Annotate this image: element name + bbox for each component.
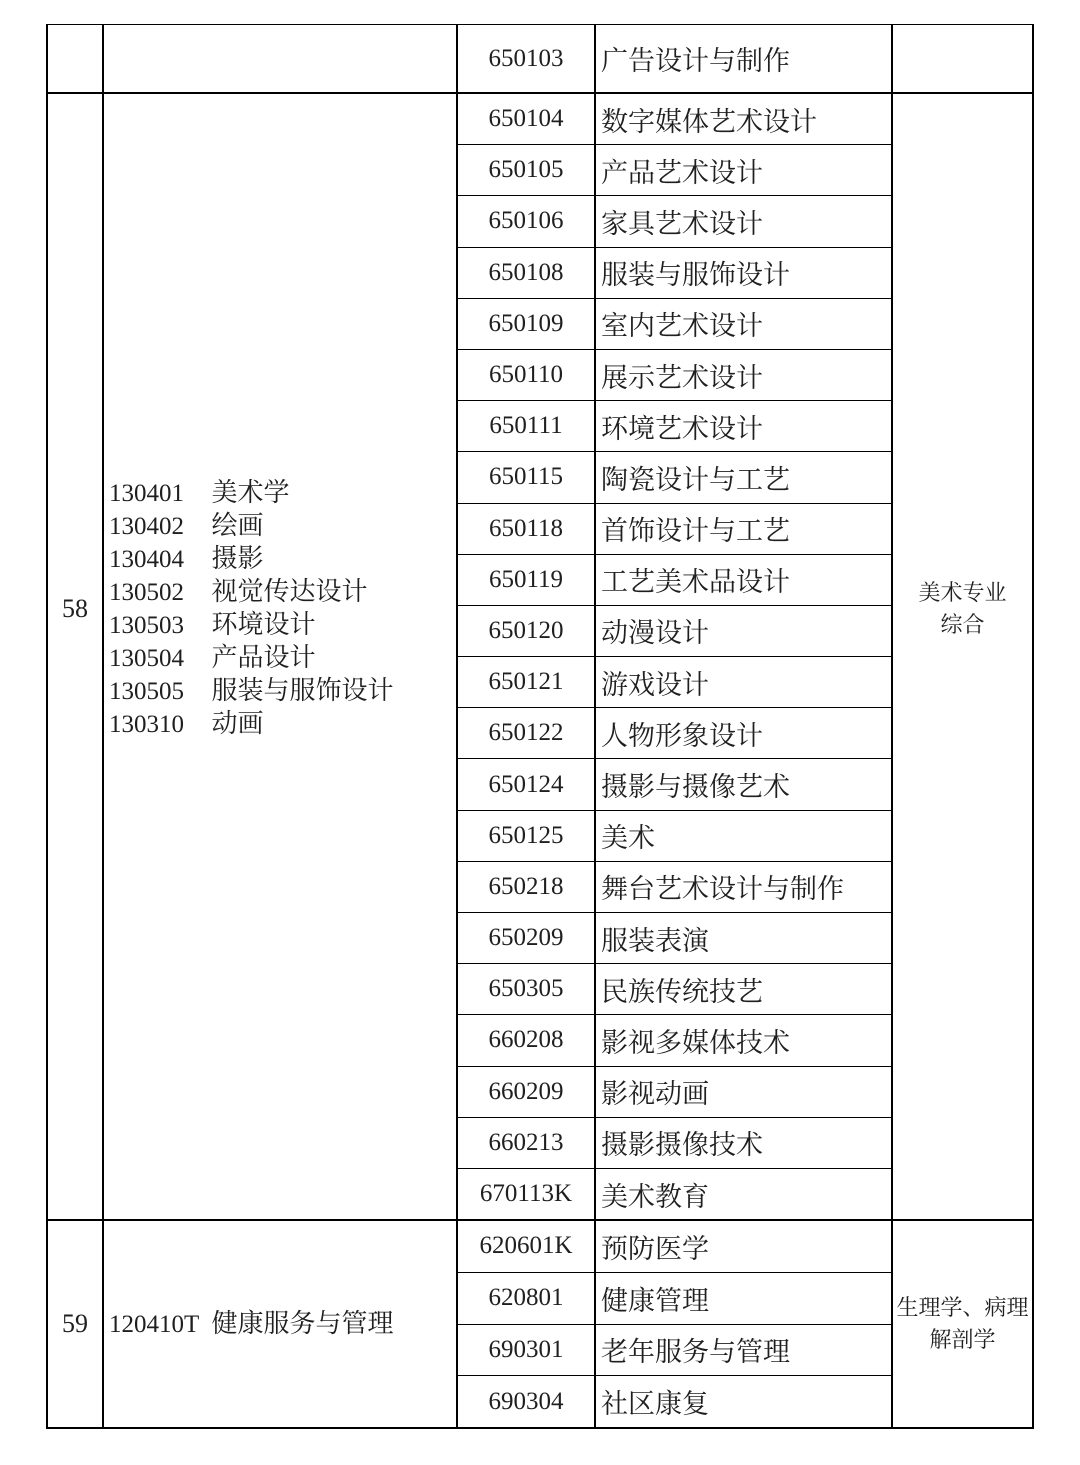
table-row: 620601K 预防医学 (458, 1221, 891, 1272)
exam-subject-cell: 美术专业 综合 (893, 94, 1032, 1219)
specialty-code: 650305 (458, 964, 594, 1014)
specialty-subrows-cell: 650104 数字媒体艺术设计 650105 产品艺术设计 650106 家具艺… (458, 94, 893, 1219)
specialty-name: 社区康复 (594, 1376, 891, 1427)
specialty-code: 650103 (458, 25, 594, 92)
specialty-name: 广告设计与制作 (594, 25, 891, 92)
specialty-code: 650218 (458, 862, 594, 912)
exam-subject-cell: 生理学、病理 解剖学 (893, 1221, 1032, 1427)
specialty-code: 650209 (458, 913, 594, 963)
table-row-group: 58 130401 美术学 130402 绘画 130404 摄影 130502… (48, 92, 1032, 1219)
table-row: 650103 广告设计与制作 (458, 25, 891, 92)
specialty-code: 650124 (458, 759, 594, 809)
undergrad-major: 130505 服装与服饰设计 (109, 675, 456, 708)
table-row: 650124 摄影与摄像艺术 (458, 758, 891, 809)
specialty-code: 650122 (458, 708, 594, 758)
undergrad-major-code: 130310 (109, 709, 205, 741)
specialty-name: 服装与服饰设计 (594, 248, 891, 298)
table-row-group: 650103 广告设计与制作 (48, 25, 1032, 92)
table-row: 660208 影视多媒体技术 (458, 1014, 891, 1065)
table-row: 650119 工艺美术品设计 (458, 554, 891, 605)
specialty-name: 健康管理 (594, 1273, 891, 1324)
specialty-name: 服装表演 (594, 913, 891, 963)
undergrad-major-name: 服装与服饰设计 (212, 676, 394, 705)
undergrad-majors-cell: 120410T 健康服务与管理 (104, 1221, 458, 1427)
undergrad-major-code: 130505 (109, 676, 205, 708)
undergrad-major: 130502 视觉传达设计 (109, 576, 456, 609)
document-page: 650103 广告设计与制作 58 130401 美术学 130402 绘画 1… (0, 0, 1080, 1465)
specialty-code: 650108 (458, 248, 594, 298)
specialty-code: 650111 (458, 401, 594, 451)
specialty-code: 670113K (458, 1169, 594, 1219)
undergrad-major-code: 130503 (109, 610, 205, 642)
specialty-name: 人物形象设计 (594, 708, 891, 758)
undergrad-major-code: 130502 (109, 577, 205, 609)
specialty-name: 家具艺术设计 (594, 196, 891, 246)
undergrad-majors-cell (104, 25, 458, 92)
undergrad-major: 130402 绘画 (109, 510, 456, 543)
specialty-code: 660209 (458, 1067, 594, 1117)
undergrad-major: 130503 环境设计 (109, 609, 456, 642)
specialty-name: 老年服务与管理 (594, 1325, 891, 1376)
specialty-code: 660208 (458, 1015, 594, 1065)
specialty-name: 产品艺术设计 (594, 145, 891, 195)
specialty-name: 陶瓷设计与工艺 (594, 452, 891, 502)
table-row: 650122 人物形象设计 (458, 707, 891, 758)
specialty-name: 游戏设计 (594, 657, 891, 707)
specialty-name: 舞台艺术设计与制作 (594, 862, 891, 912)
undergrad-major: 130310 动画 (109, 708, 456, 741)
undergrad-major-name: 摄影 (212, 544, 264, 573)
specialty-code: 650125 (458, 811, 594, 861)
table-row: 650111 环境艺术设计 (458, 400, 891, 451)
undergrad-major-name: 绘画 (212, 511, 264, 540)
specialty-code: 650120 (458, 606, 594, 656)
specialty-code: 650106 (458, 196, 594, 246)
table-row: 650209 服装表演 (458, 912, 891, 963)
specialty-code: 650119 (458, 555, 594, 605)
table-row: 690304 社区康复 (458, 1375, 891, 1427)
specialty-code: 690304 (458, 1376, 594, 1427)
undergrad-major-name: 健康服务与管理 (212, 1309, 394, 1338)
seq-cell (48, 25, 104, 92)
specialty-code: 660213 (458, 1118, 594, 1168)
specialty-code: 650105 (458, 145, 594, 195)
undergrad-major-name: 产品设计 (212, 643, 316, 672)
undergrad-major-list: 130401 美术学 130402 绘画 130404 摄影 130502 视觉… (104, 477, 456, 741)
specialty-name: 影视多媒体技术 (594, 1015, 891, 1065)
table-row: 650125 美术 (458, 810, 891, 861)
undergrad-major-name: 动画 (212, 709, 264, 738)
table-row: 650118 首饰设计与工艺 (458, 503, 891, 554)
specialty-code: 650115 (458, 452, 594, 502)
table-row: 650115 陶瓷设计与工艺 (458, 451, 891, 502)
seq-cell: 58 (48, 94, 104, 1219)
undergrad-major-name: 视觉传达设计 (212, 577, 368, 606)
seq-number: 59 (62, 1309, 88, 1339)
specialty-name: 数字媒体艺术设计 (594, 94, 891, 144)
undergrad-major: 130504 产品设计 (109, 642, 456, 675)
specialty-code: 620801 (458, 1273, 594, 1324)
specialty-code: 650121 (458, 657, 594, 707)
table-row: 650121 游戏设计 (458, 656, 891, 707)
seq-number: 58 (62, 594, 88, 624)
specialty-name: 美术教育 (594, 1169, 891, 1219)
undergrad-major-name: 环境设计 (212, 610, 316, 639)
undergrad-major-list: 120410T 健康服务与管理 (104, 1308, 456, 1341)
specialty-name: 摄影与摄像艺术 (594, 759, 891, 809)
table-row: 650104 数字媒体艺术设计 (458, 94, 891, 144)
specialty-subrows-cell: 650103 广告设计与制作 (458, 25, 893, 92)
table-row: 650105 产品艺术设计 (458, 144, 891, 195)
specialty-name: 动漫设计 (594, 606, 891, 656)
table-row: 670113K 美术教育 (458, 1168, 891, 1219)
specialty-name: 工艺美术品设计 (594, 555, 891, 605)
table-row: 650305 民族传统技艺 (458, 963, 891, 1014)
undergrad-major-name: 美术学 (212, 478, 290, 507)
specialty-code: 650104 (458, 94, 594, 144)
exam-subject: 生理学、病理 解剖学 (893, 1292, 1032, 1356)
exam-subject: 美术专业 综合 (893, 577, 1032, 641)
seq-cell: 59 (48, 1221, 104, 1427)
table-row: 660209 影视动画 (458, 1066, 891, 1117)
specialty-name: 首饰设计与工艺 (594, 504, 891, 554)
specialty-subrows-cell: 620601K 预防医学 620801 健康管理 690301 老年服务与管理 … (458, 1221, 893, 1427)
specialty-name: 预防医学 (594, 1221, 891, 1272)
undergrad-major-code: 130504 (109, 643, 205, 675)
specialty-name: 环境艺术设计 (594, 401, 891, 451)
undergrad-major: 130404 摄影 (109, 543, 456, 576)
specialty-name: 摄影摄像技术 (594, 1118, 891, 1168)
specialty-name: 室内艺术设计 (594, 299, 891, 349)
undergrad-major-code: 130401 (109, 478, 205, 510)
specialty-code: 620601K (458, 1221, 594, 1272)
specialty-code: 650110 (458, 350, 594, 400)
table-row: 650110 展示艺术设计 (458, 349, 891, 400)
undergrad-major-code: 130402 (109, 511, 205, 543)
undergrad-major-code: 120410T (109, 1309, 205, 1341)
table-row: 660213 摄影摄像技术 (458, 1117, 891, 1168)
specialty-code: 650109 (458, 299, 594, 349)
undergrad-majors-cell: 130401 美术学 130402 绘画 130404 摄影 130502 视觉… (104, 94, 458, 1219)
specialty-name: 展示艺术设计 (594, 350, 891, 400)
undergrad-major: 130401 美术学 (109, 477, 456, 510)
majors-table: 650103 广告设计与制作 58 130401 美术学 130402 绘画 1… (46, 24, 1034, 1429)
table-row-group: 59 120410T 健康服务与管理 620601K 预防医学 620801 健… (48, 1219, 1032, 1427)
undergrad-major: 120410T 健康服务与管理 (109, 1308, 456, 1341)
table-row: 650106 家具艺术设计 (458, 195, 891, 246)
undergrad-major-code: 130404 (109, 544, 205, 576)
table-row: 650120 动漫设计 (458, 605, 891, 656)
table-row: 650108 服装与服饰设计 (458, 247, 891, 298)
exam-subject-cell (893, 25, 1032, 92)
specialty-name: 民族传统技艺 (594, 964, 891, 1014)
specialty-code: 690301 (458, 1325, 594, 1376)
table-row: 620801 健康管理 (458, 1272, 891, 1324)
table-row: 650218 舞台艺术设计与制作 (458, 861, 891, 912)
table-row: 650109 室内艺术设计 (458, 298, 891, 349)
specialty-name: 美术 (594, 811, 891, 861)
specialty-name: 影视动画 (594, 1067, 891, 1117)
table-row: 690301 老年服务与管理 (458, 1324, 891, 1376)
specialty-code: 650118 (458, 504, 594, 554)
